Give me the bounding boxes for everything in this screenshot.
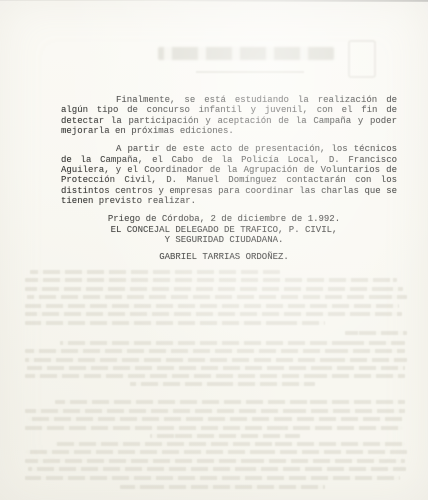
bleedthrough-line bbox=[25, 476, 400, 480]
text-line: distintos centros y empresas para coordi… bbox=[61, 186, 397, 196]
scanned-letter-page: Finalmente, se está estudiando la realiz… bbox=[0, 0, 428, 500]
dateline: Priego de Córdoba, 2 de diciembre de 1.9… bbox=[61, 214, 387, 224]
bleedthrough-line bbox=[120, 485, 325, 489]
bleedthrough-line bbox=[25, 304, 399, 308]
signature-name: GABRIEL TARRIAS ORDOÑEZ. bbox=[61, 252, 387, 262]
bleedthrough-line bbox=[130, 382, 315, 386]
text-line: Protección Civil, D. Manuel Domínguez co… bbox=[61, 175, 397, 185]
text-line: de la Campaña, el Cabo de la Policía Loc… bbox=[61, 155, 397, 165]
text-line: Finalmente, se está estudiando la realiz… bbox=[61, 95, 397, 105]
office-title-line-1: EL CONCEJAL DELEGADO DE TRAFICO, P. CIVI… bbox=[61, 225, 387, 235]
bleedthrough-line bbox=[25, 459, 405, 463]
bleedthrough-line bbox=[25, 426, 403, 430]
bleedthrough-line bbox=[25, 409, 405, 413]
text-line: algún tipo de concurso infantil y juveni… bbox=[61, 105, 397, 115]
text-line: Aguilera, y el Coordinador de la Agrupac… bbox=[61, 165, 397, 175]
bleedthrough-line bbox=[60, 341, 405, 345]
text-line: tienen previsto realizar. bbox=[61, 196, 397, 206]
bleedthrough-line bbox=[28, 417, 403, 421]
bleedthrough-line bbox=[55, 442, 405, 446]
bleedthrough-emblem-icon bbox=[348, 40, 376, 78]
bleedthrough-line bbox=[25, 278, 397, 282]
bleedthrough-line bbox=[30, 270, 280, 274]
bleedthrough-line bbox=[25, 358, 407, 362]
bleedthrough-underline bbox=[196, 71, 304, 73]
paragraph: Finalmente, se está estudiando la realiz… bbox=[61, 95, 397, 136]
bleedthrough-line bbox=[25, 349, 405, 353]
bleedthrough-line bbox=[25, 287, 403, 291]
bleedthrough-line bbox=[345, 331, 407, 335]
bleedthrough-line bbox=[27, 295, 407, 299]
text-line: A partir de este acto de presentación, l… bbox=[61, 144, 397, 154]
bleedthrough-line bbox=[150, 434, 300, 438]
closing-block: Priego de Córdoba, 2 de diciembre de 1.9… bbox=[61, 214, 397, 262]
text-line: detectar la participación y aceptación d… bbox=[61, 116, 397, 126]
bleedthrough-line bbox=[27, 366, 405, 370]
paragraph: A partir de este acto de presentación, l… bbox=[61, 144, 397, 206]
bleedthrough-title bbox=[158, 47, 334, 60]
scan-edge-artifact bbox=[163, 0, 428, 2]
bleedthrough-line bbox=[28, 467, 406, 471]
bleedthrough-line bbox=[25, 450, 407, 454]
bleedthrough-line bbox=[25, 312, 402, 316]
letter-body: Finalmente, se está estudiando la realiz… bbox=[61, 95, 397, 263]
bleedthrough-line bbox=[25, 374, 405, 378]
text-line: mejorarla en próximas ediciones. bbox=[61, 126, 397, 136]
office-title-line-2: Y SEGURIDAD CIUDADANA. bbox=[61, 235, 387, 245]
bleedthrough-line bbox=[25, 321, 325, 325]
letter-paragraphs: Finalmente, se está estudiando la realiz… bbox=[61, 95, 397, 206]
bleedthrough-line bbox=[55, 400, 405, 404]
